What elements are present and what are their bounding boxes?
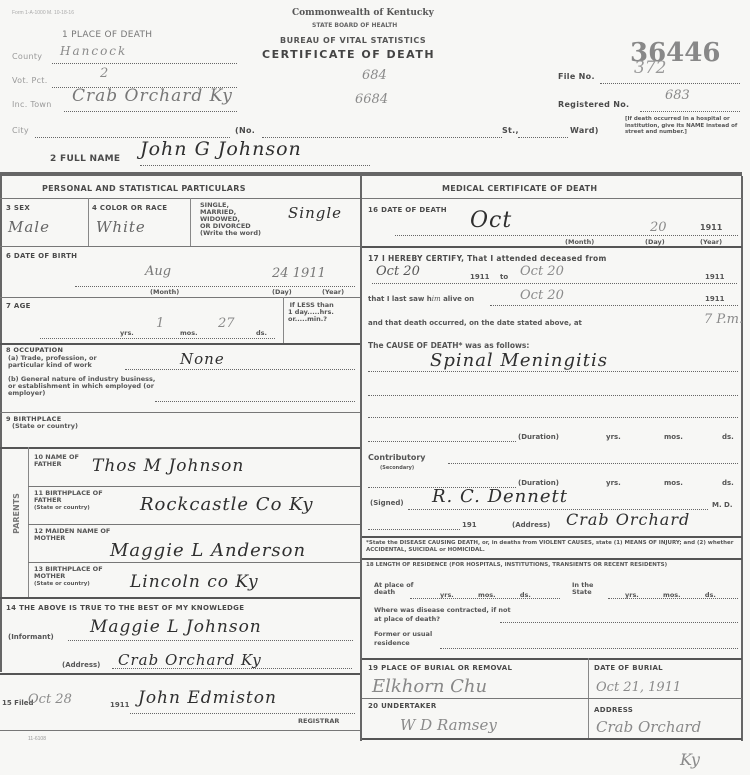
footnote: *State the DISEASE CAUSING DEATH, or, in… [366, 540, 738, 554]
unit-mos: mos. [663, 591, 681, 599]
county-value: Hancock [60, 44, 127, 58]
death-time: 7 P.m. [704, 312, 743, 327]
in-state-label: In the State [572, 582, 606, 596]
year-caption: (Year) [700, 239, 722, 246]
file-no-label-text: File No. [558, 72, 595, 81]
divider [0, 447, 360, 449]
bottom-code: 11-6108 [28, 736, 46, 742]
birthplace-sub: (State or country) [12, 423, 78, 430]
occupation-b-label: (b) General nature of industry business,… [8, 376, 163, 397]
county-label: County [12, 52, 42, 61]
father-birthplace-label-text: 11 BIRTHPLACE OF FATHER [34, 489, 103, 504]
certificate-title: CERTIFICATE OF DEATH [262, 48, 435, 61]
divider [28, 562, 360, 563]
informant-address-label: (Address) [62, 662, 100, 669]
vot-pct-label: Vot. Pct. [12, 76, 48, 85]
father-birthplace-sub: (State or country) [34, 505, 90, 511]
filed-year: 1911 [110, 702, 129, 709]
burial-address-label: ADDRESS [594, 706, 633, 714]
burial-place-label: 19 PLACE OF BURIAL OR REMOVAL [368, 664, 512, 672]
informant-value: Maggie L Johnson [90, 617, 262, 637]
unit-mos: mos. [478, 591, 496, 599]
duration-field-1[interactable] [368, 438, 516, 442]
unit-yrs: yrs. [625, 591, 639, 599]
duration-yrs: yrs. [606, 434, 621, 441]
informant-address-value: Crab Orchard Ky [118, 651, 262, 669]
margin-note-1: 684 [362, 68, 387, 83]
age-yrs-caption: yrs. [120, 330, 134, 337]
board-title: STATE BOARD OF HEALTH [312, 22, 397, 29]
undertaker-value: W D Ramsey [400, 716, 497, 734]
signed-label: (Signed) [370, 500, 404, 507]
commonwealth-title: Commonwealth of Kentucky [292, 8, 434, 18]
registrar-label: REGISTRAR [298, 718, 339, 725]
registrar-field[interactable] [130, 710, 355, 714]
divider [190, 198, 191, 246]
age-field[interactable] [40, 332, 275, 339]
attended-from-field[interactable] [372, 280, 737, 284]
in-state-units: yrs. mos. ds. [625, 592, 716, 599]
race-label: 4 COLOR OR RACE [92, 204, 167, 212]
attended-to-label: to [500, 274, 508, 281]
alive-on-label: alive on [443, 295, 474, 303]
inc-town-label: Inc. Town [12, 100, 52, 109]
signed-date-field[interactable] [368, 526, 460, 530]
birthplace-field[interactable] [80, 415, 355, 445]
age-mos-caption: mos. [180, 330, 198, 337]
divider [88, 198, 89, 246]
death-occurred-text: and that death occurred, on the date sta… [368, 320, 582, 327]
ward-field[interactable] [518, 127, 568, 138]
dob-month: Aug [145, 264, 171, 279]
divider [28, 447, 29, 597]
age-label: 7 AGE [6, 302, 31, 310]
place-of-death-label: 1 PLACE OF DEATH [62, 30, 152, 40]
center-divider [360, 176, 362, 741]
date-of-death-label: 16 DATE OF DEATH [368, 206, 447, 214]
divider [28, 486, 360, 487]
signed-value: R. C. Dennett [432, 486, 568, 507]
divider [0, 246, 360, 247]
no-label: (No. [235, 126, 255, 135]
occupation-label: 8 OCCUPATION [6, 346, 63, 354]
unit-yrs: yrs. [440, 591, 454, 599]
last-saw-pronoun: im [432, 295, 441, 303]
file-no-label: File No. [558, 72, 595, 81]
occupation-a-label: (a) Trade, profession, or particular kin… [8, 355, 133, 369]
mother-birthplace-sub: (State or country) [34, 581, 90, 587]
year-caption: (Year) [322, 289, 344, 296]
divider [28, 524, 360, 525]
burial-address-value: Crab Orchard [596, 718, 701, 736]
less-than-line: or.....min.? [288, 316, 334, 323]
marital-value: Single [288, 204, 342, 222]
file-no-value: 372 [634, 58, 666, 78]
certify-text: 17 I HEREBY CERTIFY, That I attended dec… [368, 254, 607, 263]
attended-from-year: 1911 [470, 274, 489, 281]
last-saw-text: that I last saw him alive on [368, 296, 474, 303]
burial-address-overflow: Ky [680, 750, 700, 769]
medical-section-title: MEDICAL CERTIFICATE OF DEATH [442, 184, 597, 193]
divider [362, 698, 742, 699]
date-of-death-field[interactable] [395, 232, 738, 236]
header-separator [0, 172, 742, 176]
dob-field[interactable] [75, 280, 355, 287]
race-value: White [96, 218, 146, 236]
divider [0, 597, 360, 599]
father-birthplace-label: 11 BIRTHPLACE OF FATHER (State or countr… [34, 490, 119, 512]
medical-address-value: Crab Orchard [566, 510, 690, 529]
sex-label: 3 SEX [6, 204, 30, 212]
divider [0, 297, 360, 298]
registered-no-value: 683 [665, 88, 690, 103]
date-of-death-month: Oct [470, 208, 512, 233]
burial-date-label: DATE OF BURIAL [594, 664, 663, 672]
attended-from: Oct 20 [376, 264, 420, 279]
bureau-title: BUREAU OF VITAL STATISTICS [280, 36, 426, 45]
date-of-death-day: 20 [650, 220, 667, 235]
duration-mos-2: mos. [664, 480, 683, 487]
father-name-value: Thos M Johnson [92, 456, 244, 476]
divider [0, 730, 360, 731]
informant-statement: 14 THE ABOVE IS TRUE TO THE BEST OF MY K… [6, 604, 244, 612]
mother-birthplace-label: 13 BIRTHPLACE OF MOTHER (State or countr… [34, 566, 119, 588]
street-field[interactable] [262, 127, 502, 138]
age-days-value: 27 [218, 316, 235, 331]
divider [0, 673, 360, 675]
last-saw-year: 1911 [705, 296, 724, 303]
registered-no-field[interactable] [640, 100, 740, 112]
cause-label: The CAUSE OF DEATH* was as follows: [368, 342, 529, 349]
last-saw-label: that I last saw h [368, 295, 432, 303]
last-saw-date: Oct 20 [520, 288, 564, 303]
occupation-a-field[interactable] [125, 366, 355, 370]
attended-to: Oct 20 [520, 264, 564, 279]
city-label: City [12, 126, 29, 135]
full-name-label: 2 FULL NAME [50, 154, 120, 164]
duration-label: (Duration) [518, 434, 559, 441]
divider [362, 738, 742, 740]
age-days-caption: ds. [256, 330, 267, 337]
occupation-b-field[interactable] [155, 398, 355, 402]
dob-label: 6 DATE OF BIRTH [6, 252, 77, 260]
contributory-label: Contributory [368, 454, 425, 461]
dob-day-year: 24 1911 [272, 266, 326, 281]
registrar-signature: John Edmiston [138, 688, 277, 708]
md-label: M. D. [712, 502, 733, 509]
inc-town-value: Crab Orchard Ky [72, 86, 233, 106]
former-label: Former or usual residence [374, 630, 444, 648]
burial-date-value: Oct 21, 1911 [596, 680, 681, 695]
divider [283, 297, 284, 343]
ward-label: Ward) [570, 126, 599, 135]
contributory-sub: (Secondary) [380, 465, 414, 472]
duration-ds-2: ds. [722, 480, 734, 487]
mother-maiden-value: Maggie L Anderson [110, 540, 306, 561]
undertaker-label: 20 UNDERTAKER [368, 702, 437, 710]
divider [362, 246, 742, 248]
form-code: Form 1-A-1000 M. 10-18-16 [12, 10, 74, 16]
duration-ds: ds. [722, 434, 734, 441]
divider [362, 658, 742, 660]
vot-pct-value: 2 [100, 66, 108, 81]
filed-date: Oct 28 [28, 692, 72, 707]
day-caption: (Day) [645, 239, 665, 246]
year-prefix: 191 [462, 522, 477, 529]
registered-no-label: Registered No. [558, 100, 629, 109]
city-field[interactable] [35, 127, 230, 138]
contracted-label: Where was disease contracted, if not at … [374, 606, 514, 624]
month-caption: (Month) [565, 239, 594, 246]
residence-title: 18 LENGTH OF RESIDENCE (FOR HOSPITALS, I… [366, 562, 738, 569]
divider [362, 558, 742, 560]
age-mos-value: 1 [156, 316, 164, 331]
informant-label: (Informant) [8, 634, 54, 641]
personal-section-title: PERSONAL AND STATISTICAL PARTICULARS [42, 184, 246, 193]
mother-birthplace-label-text: 13 BIRTHPLACE OF MOTHER [34, 565, 103, 580]
contracted-field[interactable] [500, 620, 738, 623]
right-border [741, 176, 743, 741]
at-place-units: yrs. mos. ds. [440, 592, 531, 599]
duration-mos: mos. [664, 434, 683, 441]
divider [0, 198, 360, 199]
former-field[interactable] [440, 646, 738, 649]
parents-side-label: PARENTS [13, 493, 20, 534]
full-name-value: John G Johnson [140, 138, 302, 160]
margin-note-2: 6684 [355, 92, 388, 107]
unit-ds: ds. [705, 591, 716, 599]
date-of-death-year: 1911 [700, 224, 722, 231]
day-caption: (Day) [272, 289, 292, 296]
divider [362, 536, 742, 538]
marital-line: (Write the word) [200, 230, 261, 237]
divider [0, 343, 360, 345]
hospital-note: [If death occurred in a hospital or inst… [625, 116, 740, 136]
unit-ds: ds. [520, 591, 531, 599]
attended-to-year: 1911 [705, 274, 724, 281]
month-caption: (Month) [150, 289, 179, 296]
medical-address-label: (Address) [512, 522, 550, 529]
duration-yrs-2: yrs. [606, 480, 621, 487]
marital-label: SINGLE, MARRIED, WIDOWED, OR DIVORCED (W… [200, 202, 261, 237]
cause-field-2[interactable] [368, 392, 738, 396]
cause-value: Spinal Meningitis [430, 350, 608, 371]
file-no-field[interactable] [600, 72, 740, 84]
divider [362, 198, 742, 199]
mother-birthplace-value: Lincoln co Ky [130, 572, 259, 592]
st-label: St., [502, 126, 519, 135]
divider [0, 412, 360, 413]
burial-place-value: Elkhorn Chu [372, 676, 487, 697]
father-name-label: 10 NAME OF FATHER [34, 454, 94, 468]
contributory-field[interactable] [448, 460, 738, 464]
father-birthplace-value: Rockcastle Co Ky [140, 494, 314, 515]
less-than-day: If LESS than 1 day.....hrs. or.....min.? [288, 302, 334, 323]
at-place-label: At place of death [374, 582, 414, 596]
cause-field-3[interactable] [368, 414, 738, 418]
sex-value: Male [8, 218, 50, 236]
